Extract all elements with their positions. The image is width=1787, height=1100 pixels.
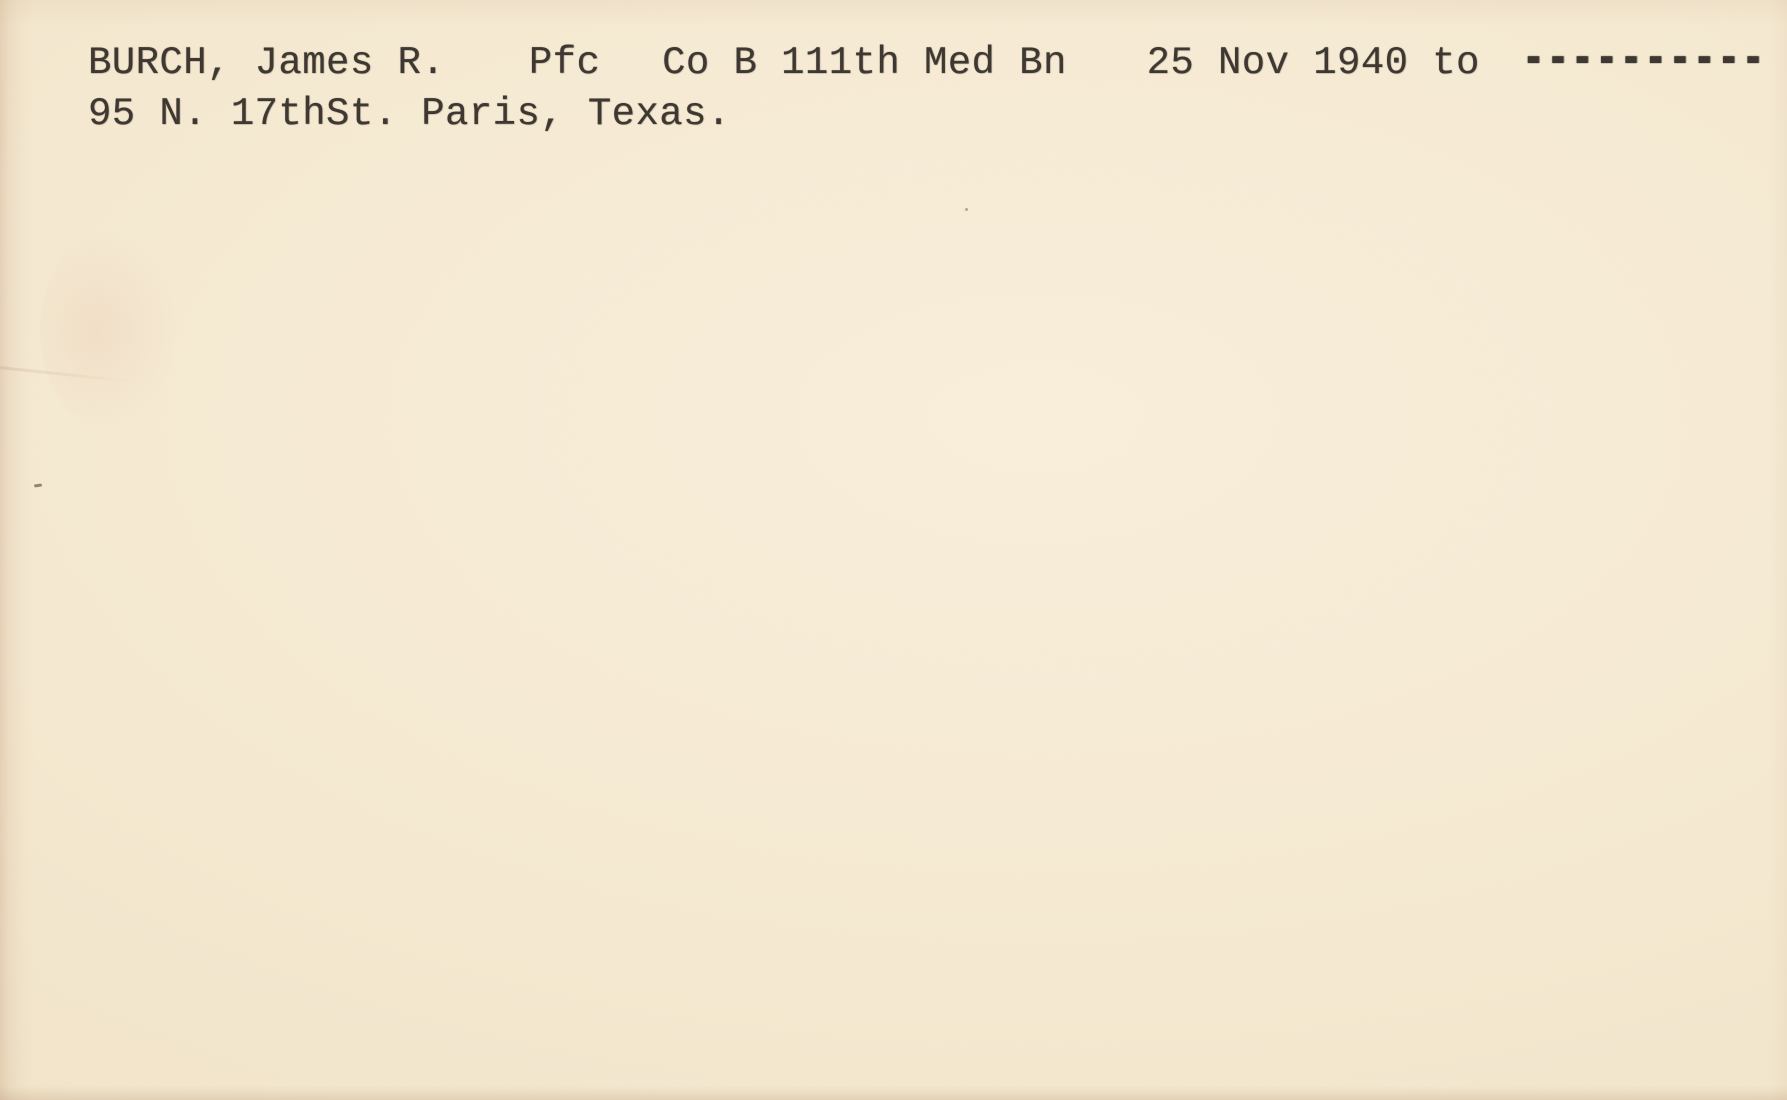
card-left-edge-shadow: [0, 0, 34, 1100]
ink-speck-small: [965, 208, 968, 211]
card-line-1: BURCH, James R. Pfc Co B 111th Med Bn 25…: [88, 38, 1766, 89]
soldier-name: BURCH, James R.: [88, 38, 445, 89]
home-address: 95 N. 17thSt. Paris, Texas.: [88, 89, 731, 140]
card-top-edge-shadow: [0, 0, 1787, 26]
paper-grain-texture: [0, 0, 1787, 1100]
soldier-rank: Pfc: [529, 38, 600, 89]
military-unit: Co B 111th Med Bn: [662, 38, 1067, 89]
ink-speck: [34, 483, 42, 487]
card-line-2: 95 N. 17thSt. Paris, Texas.: [88, 89, 1766, 140]
typewritten-text-block: BURCH, James R. Pfc Co B 111th Med Bn 25…: [88, 38, 1766, 140]
paper-crease: [0, 366, 149, 385]
card-bottom-edge-shadow: [0, 1086, 1787, 1100]
service-start-date: 25 Nov 1940 to: [1147, 38, 1480, 89]
card-right-edge-shadow: [1769, 0, 1787, 1100]
index-card-scan: BURCH, James R. Pfc Co B 111th Med Bn 25…: [0, 0, 1787, 1100]
end-date-dashes: ----------: [1522, 24, 1766, 98]
paper-blotch: [40, 230, 180, 430]
